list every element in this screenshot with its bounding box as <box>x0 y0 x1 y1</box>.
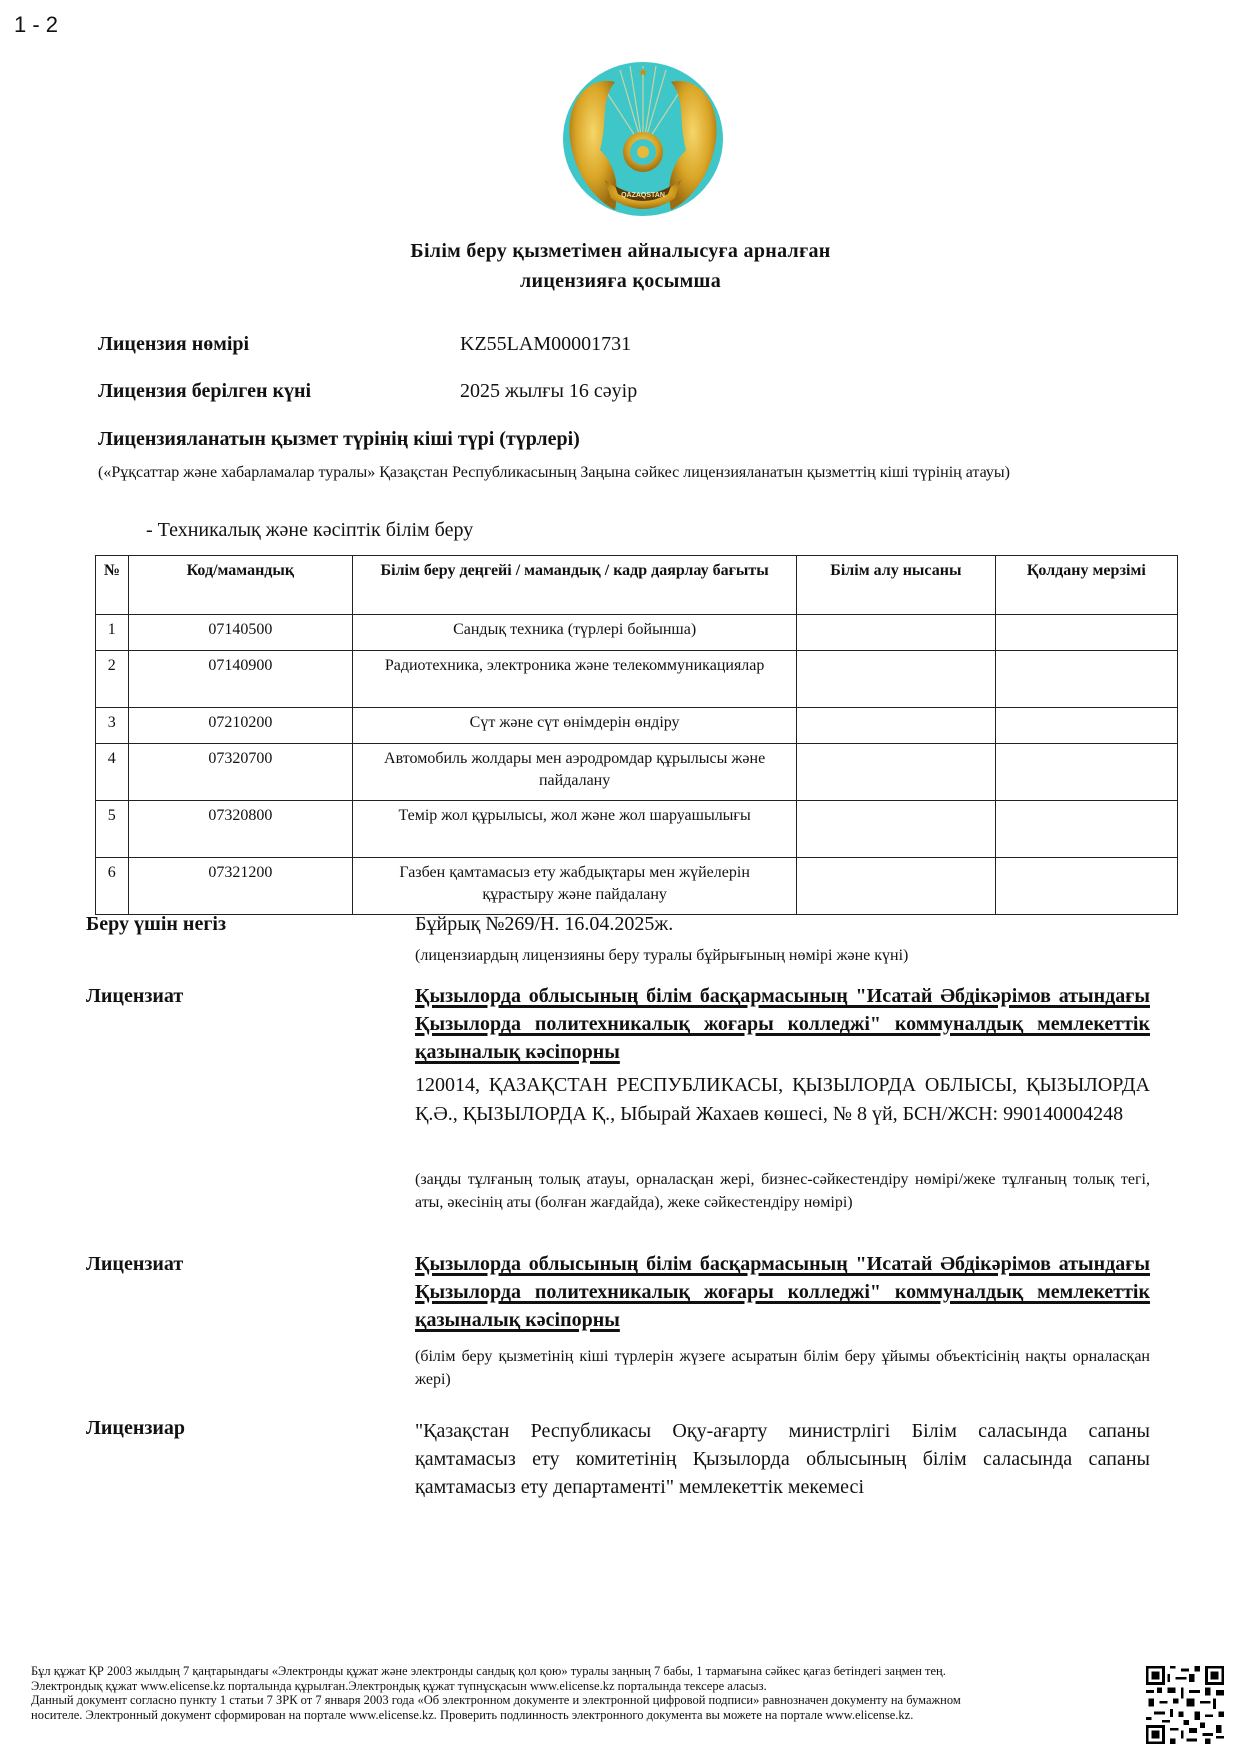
header-study-form: Білім алу нысаны <box>797 556 996 615</box>
cell-code: 07320700 <box>128 744 353 801</box>
cell-code: 07210200 <box>128 708 353 744</box>
cell-validity <box>995 615 1177 651</box>
cell-description: Темір жол құрылысы, жол және жол шаруашы… <box>353 801 797 858</box>
license-number-label: Лицензия нөмірі <box>98 333 249 356</box>
table-row: 3 07210200 Сүт және сүт өнімдерін өндіру <box>96 708 1178 744</box>
footer-line-4: носителе. Электронный документ сформиров… <box>31 1708 1131 1723</box>
header-description: Білім беру деңгейі / мамандық / кадр дая… <box>353 556 797 615</box>
license-date-value: 2025 жылғы 16 сәуір <box>460 380 637 403</box>
cell-validity <box>995 858 1177 915</box>
licensor-label: Лицензиар <box>86 1417 185 1440</box>
subtype-heading: Лицензияланатын қызмет түрінің кіші түрі… <box>98 428 580 451</box>
title-line-2: лицензияға қосымша <box>0 266 1241 296</box>
licensee-site-note: (білім беру қызметінің кіші түрлерін жүз… <box>415 1345 1150 1391</box>
cell-validity <box>995 801 1177 858</box>
basis-note: (лицензиардың лицензияны беру туралы бұй… <box>415 944 1150 967</box>
license-number-value: KZ55LAM00001731 <box>460 333 631 356</box>
cell-study-form <box>797 651 996 708</box>
licensor-value: "Қазақстан Республикасы Оқу-ағарту минис… <box>415 1417 1150 1501</box>
subtype-note: («Рұқсаттар және хабарламалар туралы» Қа… <box>98 462 1158 484</box>
licensee-address: 120014, ҚАЗАҚСТАН РЕСПУБЛИКАСЫ, ҚЫЗЫЛОРД… <box>415 1071 1150 1129</box>
cell-code: 07320800 <box>128 801 353 858</box>
cell-description: Газбен қамтамасыз ету жабдықтары мен жүй… <box>353 858 797 915</box>
cell-validity <box>995 708 1177 744</box>
cell-no: 2 <box>96 651 129 708</box>
specialties-table: № Код/мамандық Білім беру деңгейі / мама… <box>95 555 1178 915</box>
subtype-item: - Техникалық және кәсіптік білім беру <box>146 519 473 542</box>
legal-footer: Бұл құжат ҚР 2003 жылдың 7 қаңтарындағы … <box>31 1664 1131 1722</box>
basis-label: Беру үшін негіз <box>86 913 226 936</box>
cell-study-form <box>797 615 996 651</box>
footer-line-3: Данный документ согласно пункту 1 статьи… <box>31 1693 1131 1708</box>
cell-no: 5 <box>96 801 129 858</box>
cell-validity <box>995 744 1177 801</box>
table-row: 2 07140900 Радиотехника, электроника жән… <box>96 651 1178 708</box>
licensee-name: Қызылорда облысының білім басқармасының … <box>415 982 1150 1066</box>
cell-study-form <box>797 858 996 915</box>
cell-study-form <box>797 708 996 744</box>
cell-description: Сүт және сүт өнімдерін өндіру <box>353 708 797 744</box>
state-emblem-icon: QAZAQSTAN <box>560 60 726 218</box>
cell-description: Автомобиль жолдары мен аэродромдар құрыл… <box>353 744 797 801</box>
basis-value: Бұйрық №269/Н. 16.04.2025ж. <box>415 913 1150 936</box>
cell-no: 4 <box>96 744 129 801</box>
svg-text:QAZAQSTAN: QAZAQSTAN <box>621 192 665 199</box>
title-line-1: Білім беру қызметімен айналысуға арналға… <box>0 236 1241 266</box>
page-indicator: 1 - 2 <box>14 12 58 38</box>
licensee-site-label: Лицензиат <box>86 1253 183 1276</box>
cell-no: 1 <box>96 615 129 651</box>
cell-validity <box>995 651 1177 708</box>
document-title: Білім беру қызметімен айналысуға арналға… <box>0 236 1241 296</box>
table-row: 5 07320800 Темір жол құрылысы, жол және … <box>96 801 1178 858</box>
table-header-row: № Код/мамандық Білім беру деңгейі / мама… <box>96 556 1178 615</box>
footer-line-2: Электрондық құжат www.elicense.kz портал… <box>31 1679 1131 1694</box>
licensee-site-name: Қызылорда облысының білім басқармасының … <box>415 1250 1150 1334</box>
cell-study-form <box>797 801 996 858</box>
cell-code: 07140900 <box>128 651 353 708</box>
licensee-label: Лицензиат <box>86 985 183 1008</box>
qr-code-icon[interactable] <box>1146 1666 1224 1744</box>
cell-description: Сандық техника (түрлері бойынша) <box>353 615 797 651</box>
cell-code: 07321200 <box>128 858 353 915</box>
cell-description: Радиотехника, электроника және телекомму… <box>353 651 797 708</box>
license-date-label: Лицензия берілген күні <box>98 380 311 403</box>
header-validity: Қолдану мерзімі <box>995 556 1177 615</box>
table-row: 4 07320700 Автомобиль жолдары мен аэродр… <box>96 744 1178 801</box>
cell-study-form <box>797 744 996 801</box>
licensee-note: (заңды тұлғаның толық атауы, орналасқан … <box>415 1168 1150 1214</box>
table-row: 1 07140500 Сандық техника (түрлері бойын… <box>96 615 1178 651</box>
cell-no: 6 <box>96 858 129 915</box>
header-code: Код/мамандық <box>128 556 353 615</box>
table-row: 6 07321200 Газбен қамтамасыз ету жабдықт… <box>96 858 1178 915</box>
cell-no: 3 <box>96 708 129 744</box>
footer-line-1: Бұл құжат ҚР 2003 жылдың 7 қаңтарындағы … <box>31 1664 1131 1679</box>
header-no: № <box>96 556 129 615</box>
cell-code: 07140500 <box>128 615 353 651</box>
